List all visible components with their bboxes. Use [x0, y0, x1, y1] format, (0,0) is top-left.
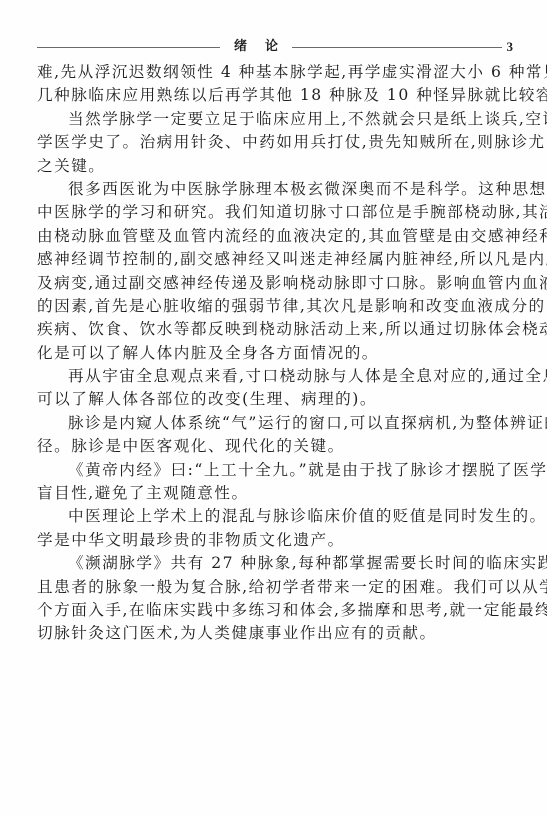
text-line: 可以了解人体各部位的改变(生理、病理的)。	[37, 388, 513, 411]
text-line: 之关键。	[37, 155, 513, 178]
text-line: 中医理论上学术上的混乱与脉诊临床价值的贬值是同时发生的。中医脉	[37, 505, 513, 528]
chapter-title: 绪论	[234, 37, 296, 57]
text-line: 学是中华文明最珍贵的非物质文化遗产。	[37, 529, 513, 552]
running-header: 绪论 3	[37, 37, 513, 57]
text-line: 的因素,首先是心脏收缩的强弱节律,其次凡是影响和改变血液成分的因素如	[37, 295, 513, 318]
header-rule-left	[37, 47, 220, 48]
page-number: 3	[507, 37, 514, 57]
text-line: 切脉针灸这门医术,为人类健康事业作出应有的贡献。	[37, 622, 513, 645]
text-line: 感神经调节控制的,副交感神经又叫迷走神经属内脏神经,所以凡是内脏活动	[37, 248, 513, 271]
text-line: 当然学脉学一定要立足于临床应用上,不然就会只是纸上谈兵,空谈脉	[37, 108, 513, 131]
text-line: 个方面入手,在临床实践中多练习和体会,多揣摩和思考,就一定能最终掌握	[37, 599, 513, 622]
text-line: 几种脉临床应用熟练以后再学其他 18 种脉及 10 种怪异脉就比较容易了。	[37, 84, 513, 107]
text-line: 化是可以了解人体内脏及全身各方面情况的。	[37, 342, 513, 365]
text-line: 难,先从浮沉迟数纲领性 4 种基本脉学起,再学虚实滑涩大小 6 种常见脉,这	[37, 61, 513, 84]
text-line: 再从宇宙全息观点来看,寸口桡动脉与人体是全息对应的,通过全息反应	[37, 365, 513, 388]
text-line: 很多西医讹为中医脉学脉理本极玄微深奥而不是科学。这种思想影响了	[37, 178, 513, 201]
text-line: 盲目性,避免了主观随意性。	[37, 482, 513, 505]
text-line: 且患者的脉象一般为复合脉,给初学者带来一定的困难。我们可以从学用多	[37, 576, 513, 599]
book-page: 绪论 3 难,先从浮沉迟数纲领性 4 种基本脉学起,再学虚实滑涩大小 6 种常见…	[0, 0, 547, 815]
text-line: 中医脉学的学习和研究。我们知道切脉寸口部位是手腕部桡动脉,其活动时	[37, 201, 513, 224]
text-line: 疾病、饮食、饮水等都反映到桡动脉活动上来,所以通过切脉体会桡动脉的变	[37, 318, 513, 341]
text-line: 《黄帝内经》曰:“上工十全九。”就是由于找了脉诊才摆脱了医学治病的	[37, 459, 513, 482]
text-line: 《濒湖脉学》共有 27 种脉象,每种都掌握需要长时间的临床实践及参悟,	[37, 552, 513, 575]
text-line: 径。脉诊是中医客观化、现代化的关键。	[37, 435, 513, 458]
text-line: 及病变,通过副交感神经传递及影响桡动脉即寸口脉。影响血管内血液流动	[37, 272, 513, 295]
body-text: 难,先从浮沉迟数纲领性 4 种基本脉学起,再学虚实滑涩大小 6 种常见脉,这几种…	[37, 61, 513, 646]
text-line: 由桡动脉血管壁及血管内流经的血液决定的,其血管壁是由交感神经和副交	[37, 225, 513, 248]
text-line: 学医学史了。治病用针灸、中药如用兵打仗,贵先知贼所在,则脉诊尤医者	[37, 131, 513, 154]
text-line: 脉诊是内窥人体系统“气”运行的窗口,可以直探病机,为整体辨证的捷	[37, 412, 513, 435]
header-rule-right	[292, 47, 502, 48]
